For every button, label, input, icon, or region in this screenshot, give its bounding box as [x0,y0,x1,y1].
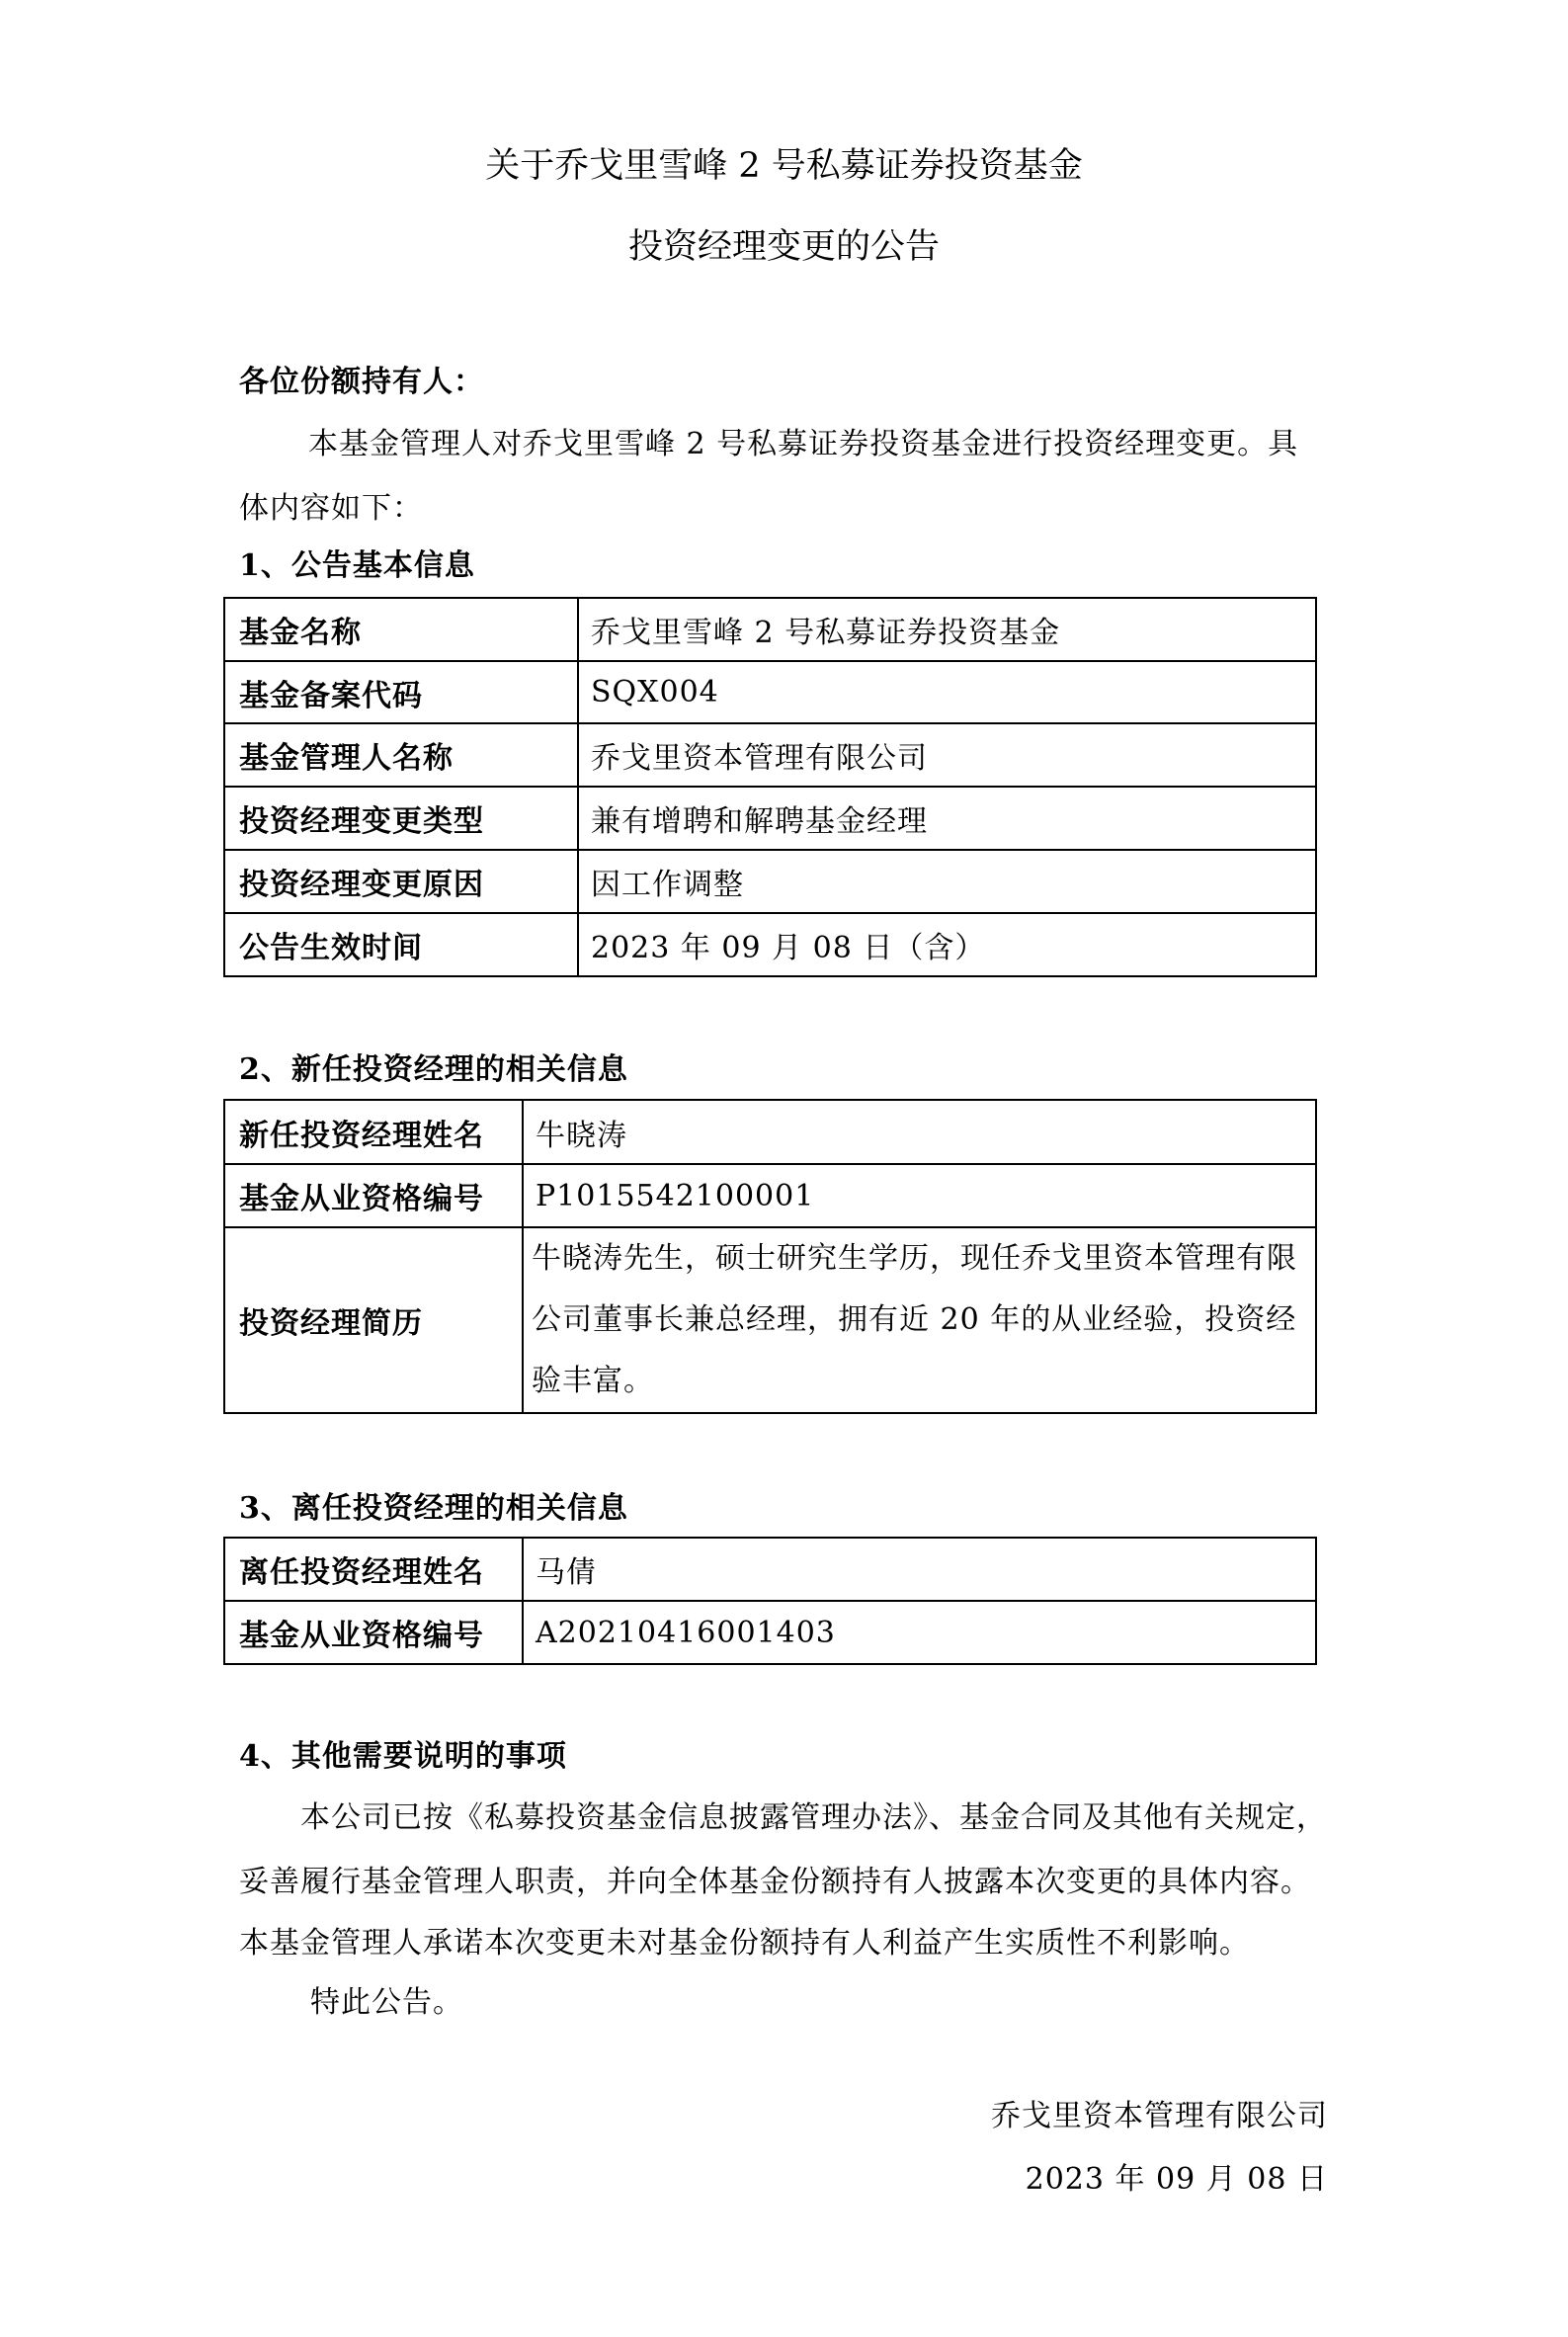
row-label: 离任投资经理姓名 [224,1538,523,1601]
table-row: 新任投资经理姓名 牛晓涛 [224,1100,1316,1164]
section1-heading: 1、公告基本信息 [239,548,475,584]
table-row: 基金管理人名称 乔戈里资本管理有限公司 [224,723,1316,787]
row-value: 乔戈里雪峰 2 号私募证券投资基金 [578,598,1316,661]
signature-date: 2023 年 09 月 08 日 [1026,2162,1328,2198]
table-row: 基金从业资格编号 P1015542100001 [224,1164,1316,1227]
basic-info-table: 基金名称 乔戈里雪峰 2 号私募证券投资基金 基金备案代码 SQX004 基金管… [223,597,1317,977]
row-label: 基金备案代码 [224,661,578,723]
row-value: SQX004 [578,661,1316,723]
signature-company: 乔戈里资本管理有限公司 [991,2099,1328,2134]
section4-paragraph-line3: 本基金管理人承诺本次变更未对基金份额持有人利益产生实质性不利影响。 [239,1926,1250,1961]
row-value: 牛晓涛 [523,1100,1316,1164]
table-row: 投资经理变更类型 兼有增聘和解聘基金经理 [224,787,1316,850]
row-value: 2023 年 09 月 08 日（含） [578,913,1316,976]
section2-heading: 2、新任投资经理的相关信息 [239,1052,628,1088]
row-value: P1015542100001 [523,1164,1316,1227]
row-value: 兼有增聘和解聘基金经理 [578,787,1316,850]
section3-heading: 3、离任投资经理的相关信息 [239,1491,628,1527]
row-label: 基金从业资格编号 [224,1164,523,1227]
table-row: 投资经理变更原因 因工作调整 [224,850,1316,913]
former-manager-table: 离任投资经理姓名 马倩 基金从业资格编号 A20210416001403 [223,1537,1317,1665]
document-title-line2: 投资经理变更的公告 [0,227,1568,267]
new-manager-table: 新任投资经理姓名 牛晓涛 基金从业资格编号 P1015542100001 投资经… [223,1099,1317,1414]
row-value: 马倩 [523,1538,1316,1601]
row-value: 乔戈里资本管理有限公司 [578,723,1316,787]
document-title-line1: 关于乔戈里雪峰 2 号私募证券投资基金 [0,146,1568,186]
intro-paragraph-line1: 本基金管理人对乔戈里雪峰 2 号私募证券投资基金进行投资经理变更。具 [308,427,1298,462]
row-label: 公告生效时间 [224,913,578,976]
row-label: 基金从业资格编号 [224,1601,523,1664]
section4-heading: 4、其他需要说明的事项 [239,1739,567,1775]
row-label: 投资经理变更原因 [224,850,578,913]
row-label: 投资经理简历 [224,1227,523,1413]
manager-bio: 牛晓涛先生，硕士研究生学历，现任乔戈里资本管理有限公司董事长兼总经理，拥有近 2… [523,1227,1316,1413]
row-label: 新任投资经理姓名 [224,1100,523,1164]
table-row: 基金名称 乔戈里雪峰 2 号私募证券投资基金 [224,598,1316,661]
row-label: 基金名称 [224,598,578,661]
row-value: A20210416001403 [523,1601,1316,1664]
table-row: 基金从业资格编号 A20210416001403 [224,1601,1316,1664]
row-label: 投资经理变更类型 [224,787,578,850]
section4-paragraph-line2: 妥善履行基金管理人职责，并向全体基金份额持有人披露本次变更的具体内容。 [239,1865,1311,1900]
table-row: 基金备案代码 SQX004 [224,661,1316,723]
table-row: 离任投资经理姓名 马倩 [224,1538,1316,1601]
section4-paragraph-line1: 本公司已按《私募投资基金信息披露管理办法》、基金合同及其他有关规定， [300,1800,1327,1836]
intro-paragraph-line2: 体内容如下： [239,491,423,527]
table-row: 公告生效时间 2023 年 09 月 08 日（含） [224,913,1316,976]
row-label: 基金管理人名称 [224,723,578,787]
salutation: 各位份额持有人： [239,365,484,400]
closing-statement: 特此公告。 [310,1985,463,2021]
row-value: 因工作调整 [578,850,1316,913]
table-row: 投资经理简历 牛晓涛先生，硕士研究生学历，现任乔戈里资本管理有限公司董事长兼总经… [224,1227,1316,1413]
